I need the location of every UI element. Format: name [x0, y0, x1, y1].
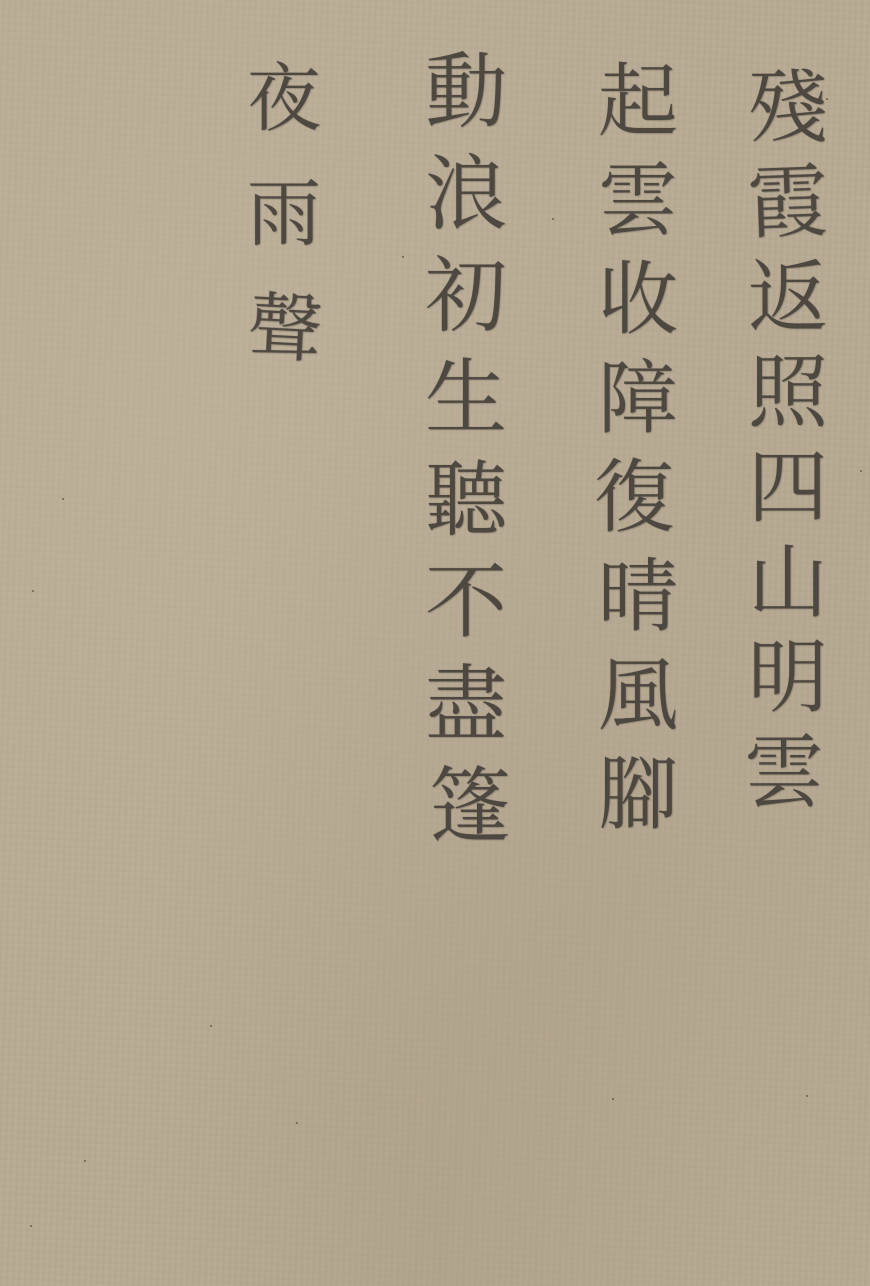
- character: 收: [598, 260, 678, 359]
- calligraphy-column-1: 殘 霞 返 照 四 山 明 雲: [732, 68, 844, 828]
- character: 腳: [598, 755, 678, 854]
- character: 風: [598, 656, 678, 755]
- paper-speck: [552, 218, 554, 220]
- character: 山: [748, 543, 828, 638]
- character: 雲: [598, 161, 678, 260]
- character: 霞: [746, 162, 829, 260]
- character: 雨: [247, 177, 321, 292]
- character: 殘: [748, 68, 828, 163]
- character: 復: [594, 458, 674, 557]
- calligraphy-column-4: 夜 雨 聲: [236, 62, 332, 407]
- calligraphy-column-2: 起 雲 收 障 復 晴 風 腳: [582, 62, 694, 854]
- paper-speck: [860, 470, 862, 472]
- character: 起: [598, 62, 678, 161]
- character: 聲: [244, 290, 324, 409]
- character: 四: [748, 448, 828, 543]
- paper-speck: [32, 590, 34, 592]
- character: 雲: [744, 733, 824, 828]
- character: 盡: [425, 664, 507, 766]
- character: 浪: [425, 154, 507, 256]
- paper-speck: [296, 1122, 298, 1124]
- character: 動: [425, 52, 507, 154]
- paper-speck: [402, 256, 404, 258]
- character: 生: [425, 358, 507, 460]
- paper-speck: [612, 1098, 614, 1100]
- character: 篷: [429, 766, 511, 868]
- paper-speck: [62, 498, 64, 500]
- character: 聽: [425, 460, 507, 562]
- character: 障: [598, 359, 678, 458]
- paper-speck: [210, 1025, 212, 1027]
- character: 返: [748, 258, 828, 353]
- character: 不: [425, 562, 507, 664]
- character: 夜: [247, 62, 321, 177]
- calligraphy-column-3: 動 浪 初 生 聽 不 盡 篷: [410, 52, 522, 868]
- character: 明: [748, 638, 828, 733]
- paper-speck: [806, 1095, 808, 1097]
- character: 晴: [598, 557, 678, 656]
- paper-background: 殘 霞 返 照 四 山 明 雲 起 雲 收 障 復 晴 風 腳 動 浪 初 生 …: [0, 0, 870, 1286]
- character: 初: [425, 256, 507, 358]
- character: 照: [748, 353, 828, 448]
- paper-speck: [84, 1160, 86, 1162]
- paper-speck: [30, 1225, 32, 1227]
